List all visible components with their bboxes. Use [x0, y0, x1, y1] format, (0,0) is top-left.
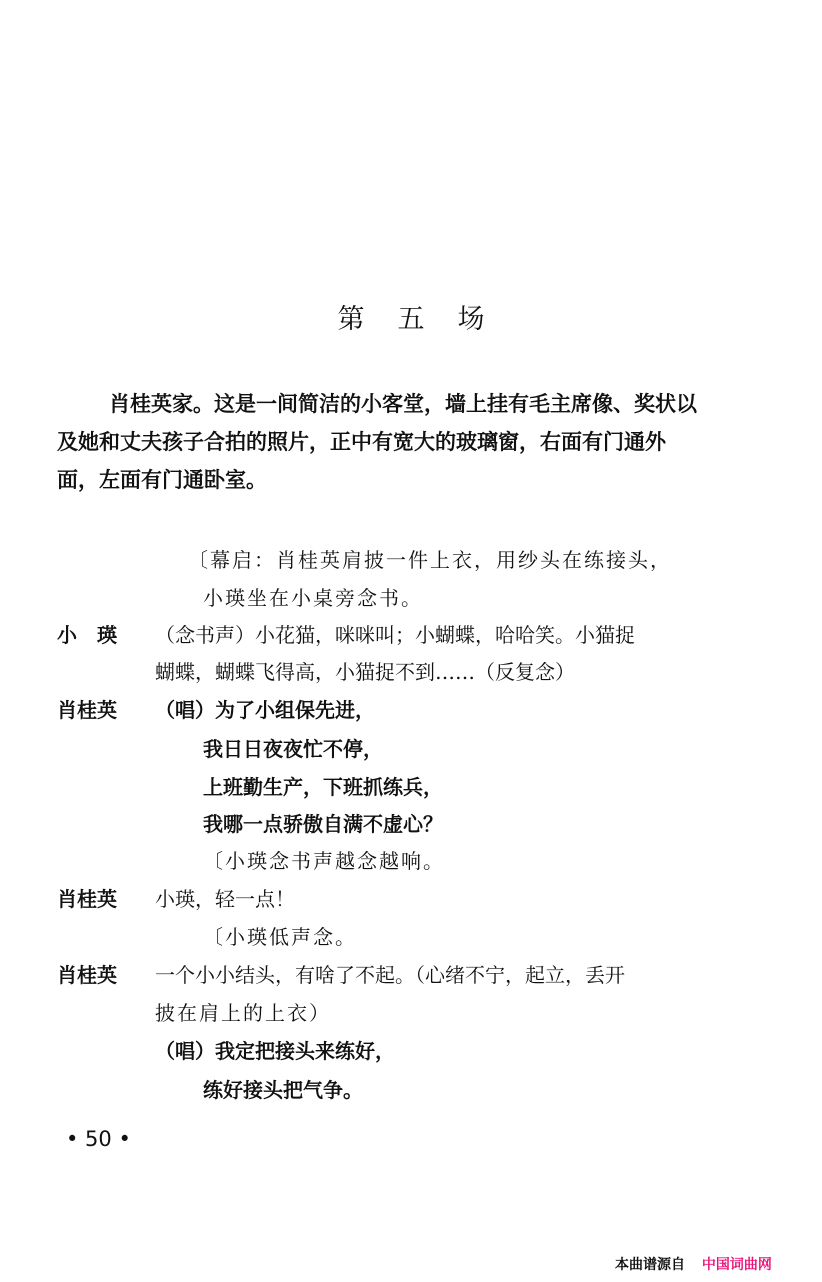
watermark: 本曲谱源自 中国词曲网: [615, 1256, 772, 1274]
scene-title: 第五场: [0, 300, 822, 340]
stage-direction-opening-1: 〔幕启：肖桂英肩披一件上衣，用纱头在练接头，: [188, 542, 672, 578]
xiaoying-line-2: 蝴蝶，蝴蝶飞得高，小猫捉不到……（反复念）: [155, 654, 575, 690]
sung-line-1: （唱）为了小组保先进，: [155, 692, 375, 728]
page-number: • 50 •: [66, 1124, 131, 1154]
watermark-source-label: 本曲谱源自: [615, 1257, 685, 1273]
speaker-xiaoying: 小 瑛: [57, 617, 117, 653]
watermark-site-link[interactable]: 中国词曲网: [702, 1257, 772, 1273]
dialog-line-3a: 一个小小结头，有啥了不起。（心绪不宁，起立，丢开: [155, 957, 625, 993]
sung-line-2: 我日日夜夜忙不停，: [203, 731, 383, 767]
stage-direction-opening-2: 小瑛坐在小桌旁念书。: [203, 580, 423, 616]
dialog-line-2: 小瑛，轻一点！: [155, 881, 295, 917]
xiaoying-line-1: （念书声）小花猫，咪咪叫；小蝴蝶，哈哈笑。小猫捉: [155, 617, 635, 653]
stage-direction-2: 〔小瑛念书声越念越响。: [203, 843, 445, 879]
speaker-xiaoguiying-3: 肖桂英: [57, 957, 117, 993]
sung-line-5: （唱）我定把接头来练好，: [155, 1033, 395, 1069]
sung-line-6: 练好接头把气争。: [203, 1072, 363, 1108]
speaker-xiaoguiying-1: 肖桂英: [57, 692, 117, 728]
dialog-line-3b: 披在肩上的上衣）: [155, 995, 331, 1031]
stage-direction-3: 〔小瑛低声念。: [203, 919, 357, 955]
sung-line-4: 我哪一点骄傲自满不虚心？: [203, 806, 443, 842]
speaker-xiaoguiying-2: 肖桂英: [57, 881, 117, 917]
sung-line-3: 上班勤生产，下班抓练兵，: [203, 769, 443, 805]
setting-description: 肖桂英家。这是一间简洁的小客堂，墙上挂有毛主席像、奖状以及她和丈夫孩子合拍的照片…: [57, 385, 697, 499]
